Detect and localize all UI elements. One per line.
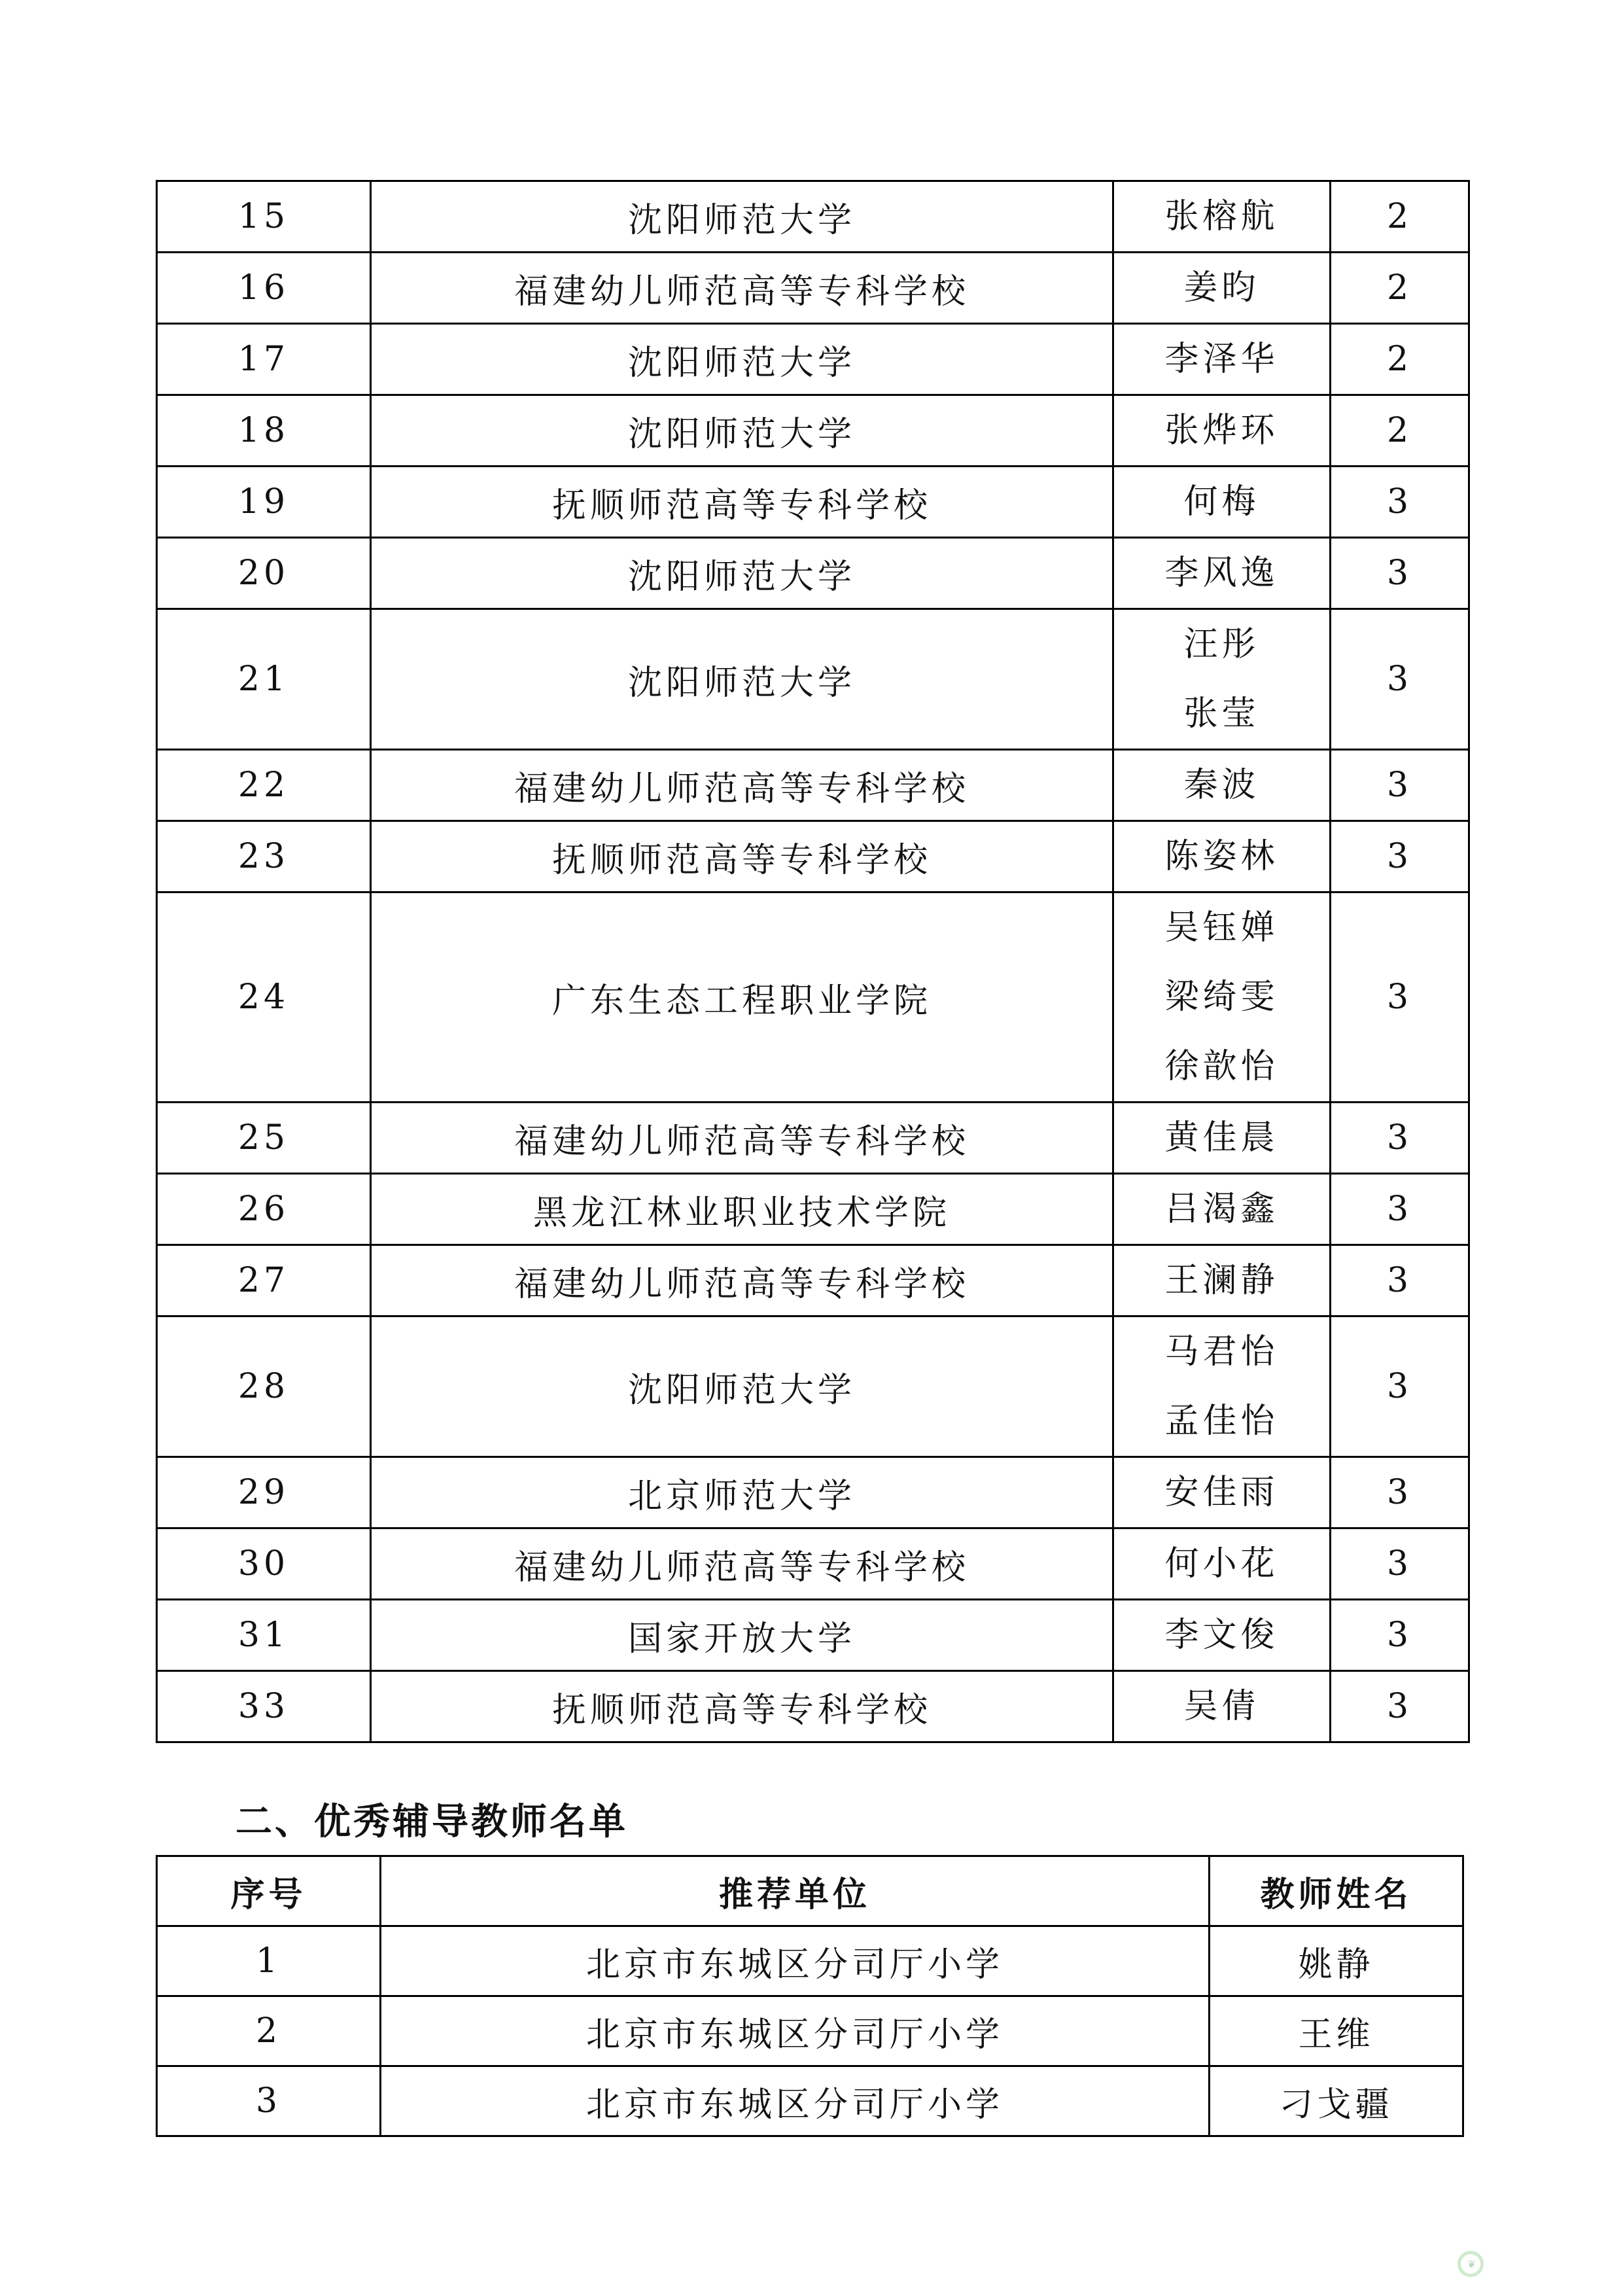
student-name: 梁绮雯 [1114,963,1329,1032]
student-names: 吕渴鑫 [1113,1174,1331,1245]
table-row: 30福建幼儿师范高等专科学校何小花3 [157,1528,1469,1600]
recommending-unit: 北京市东城区分司厅小学 [381,1996,1210,2066]
table-row: 17沈阳师范大学李泽华2 [157,324,1469,395]
recommending-unit: 福建幼儿师范高等专科学校 [371,1103,1113,1174]
grade: 3 [1331,1600,1469,1671]
grade: 3 [1331,892,1469,1103]
student-name: 李泽华 [1114,325,1329,394]
table-row: 23抚顺师范高等专科学校陈姿林3 [157,821,1469,892]
student-name: 吴倩 [1114,1672,1329,1741]
row-number: 1 [157,1926,381,1996]
row-number: 26 [157,1174,371,1245]
recommending-unit: 北京市东城区分司厅小学 [381,1926,1210,1996]
student-name: 黄佳晨 [1114,1103,1329,1173]
student-names: 张烨环 [1113,395,1331,467]
student-name: 张莹 [1114,679,1329,749]
grade: 3 [1331,821,1469,892]
table-row: 29北京师范大学安佳雨3 [157,1457,1469,1528]
grade: 3 [1331,1174,1469,1245]
student-name: 孟佳怡 [1114,1386,1329,1456]
student-name: 秦波 [1114,751,1329,820]
row-number: 25 [157,1103,371,1174]
table-row: 16福建幼儿师范高等专科学校姜昀2 [157,253,1469,324]
grade: 2 [1331,181,1469,253]
recommending-unit: 抚顺师范高等专科学校 [371,467,1113,538]
recommending-unit: 广东生态工程职业学院 [371,892,1113,1103]
row-number: 3 [157,2066,381,2136]
recommending-unit: 福建幼儿师范高等专科学校 [371,750,1113,821]
student-award-table: 15沈阳师范大学张榕航216福建幼儿师范高等专科学校姜昀217沈阳师范大学李泽华… [156,180,1470,1743]
student-name: 何梅 [1114,467,1329,537]
grade: 2 [1331,395,1469,467]
row-number: 18 [157,395,371,467]
student-names: 吴钰婵梁绮雯徐歆怡 [1113,892,1331,1103]
student-names: 黄佳晨 [1113,1103,1331,1174]
student-names: 王澜静 [1113,1245,1331,1316]
table-row: 24广东生态工程职业学院吴钰婵梁绮雯徐歆怡3 [157,892,1469,1103]
student-names: 何小花 [1113,1528,1331,1600]
table-row: 28沈阳师范大学马君怡孟佳怡3 [157,1316,1469,1457]
recommending-unit: 北京市东城区分司厅小学 [381,2066,1210,2136]
recommending-unit: 沈阳师范大学 [371,609,1113,750]
row-number: 20 [157,538,371,609]
recommending-unit: 沈阳师范大学 [371,324,1113,395]
recommending-unit: 黑龙江林业职业技术学院 [371,1174,1113,1245]
row-number: 31 [157,1600,371,1671]
grade: 3 [1331,1671,1469,1742]
recommending-unit: 抚顺师范高等专科学校 [371,821,1113,892]
student-names: 汪彤张莹 [1113,609,1331,750]
recommending-unit: 福建幼儿师范高等专科学校 [371,253,1113,324]
header-no: 序号 [157,1856,381,1926]
row-number: 33 [157,1671,371,1742]
grade: 3 [1331,538,1469,609]
table-row: 26黑龙江林业职业技术学院吕渴鑫3 [157,1174,1469,1245]
grade: 3 [1331,467,1469,538]
student-name: 李文俊 [1114,1600,1329,1670]
student-name: 徐歆怡 [1114,1032,1329,1101]
grade: 2 [1331,253,1469,324]
grade: 3 [1331,609,1469,750]
row-number: 24 [157,892,371,1103]
student-name: 张烨环 [1114,396,1329,465]
table-row: 2北京市东城区分司厅小学王维 [157,1996,1463,2066]
teacher-name: 姚静 [1210,1926,1463,1996]
header-teacher: 教师姓名 [1210,1856,1463,1926]
row-number: 16 [157,253,371,324]
row-number: 2 [157,1996,381,2066]
recommending-unit: 国家开放大学 [371,1600,1113,1671]
table-row: 33抚顺师范高等专科学校吴倩3 [157,1671,1469,1742]
row-number: 30 [157,1528,371,1600]
teacher-award-table: 序号 推荐单位 教师姓名 1北京市东城区分司厅小学姚静2北京市东城区分司厅小学王… [156,1855,1464,2137]
recommending-unit: 沈阳师范大学 [371,395,1113,467]
table-row: 1北京市东城区分司厅小学姚静 [157,1926,1463,1996]
table-row: 3北京市东城区分司厅小学刁戈疆 [157,2066,1463,2136]
row-number: 28 [157,1316,371,1457]
row-number: 15 [157,181,371,253]
recommending-unit: 北京师范大学 [371,1457,1113,1528]
student-name: 张榕航 [1114,182,1329,251]
table-row: 15沈阳师范大学张榕航2 [157,181,1469,253]
student-name: 安佳雨 [1114,1458,1329,1527]
student-name: 吕渴鑫 [1114,1174,1329,1244]
student-name: 姜昀 [1114,253,1329,323]
recommending-unit: 沈阳师范大学 [371,538,1113,609]
table-row: 31国家开放大学李文俊3 [157,1600,1469,1671]
teacher-name: 王维 [1210,1996,1463,2066]
table-row: 25福建幼儿师范高等专科学校黄佳晨3 [157,1103,1469,1174]
grade: 3 [1331,1103,1469,1174]
student-names: 吴倩 [1113,1671,1331,1742]
student-name: 王澜静 [1114,1246,1329,1315]
student-names: 姜昀 [1113,253,1331,324]
student-names: 张榕航 [1113,181,1331,253]
student-name: 陈姿林 [1114,822,1329,891]
recommending-unit: 福建幼儿师范高等专科学校 [371,1245,1113,1316]
grade: 3 [1331,1457,1469,1528]
row-number: 27 [157,1245,371,1316]
student-name: 吴钰婵 [1114,893,1329,963]
recommending-unit: 抚顺师范高等专科学校 [371,1671,1113,1742]
student-names: 李风逸 [1113,538,1331,609]
grade: 3 [1331,1316,1469,1457]
teacher-name: 刁戈疆 [1210,2066,1463,2136]
table-row: 22福建幼儿师范高等专科学校秦波3 [157,750,1469,821]
table-row: 27福建幼儿师范高等专科学校王澜静3 [157,1245,1469,1316]
table-row: 18沈阳师范大学张烨环2 [157,395,1469,467]
grade: 3 [1331,1528,1469,1600]
table-row: 20沈阳师范大学李风逸3 [157,538,1469,609]
header-unit: 推荐单位 [381,1856,1210,1926]
student-name: 李风逸 [1114,539,1329,608]
student-names: 秦波 [1113,750,1331,821]
grade: 3 [1331,1245,1469,1316]
row-number: 17 [157,324,371,395]
row-number: 29 [157,1457,371,1528]
table-row: 21沈阳师范大学汪彤张莹3 [157,609,1469,750]
student-name: 汪彤 [1114,610,1329,679]
student-names: 何梅 [1113,467,1331,538]
student-names: 陈姿林 [1113,821,1331,892]
grade: 2 [1331,324,1469,395]
table-header-row: 序号 推荐单位 教师姓名 [157,1856,1463,1926]
grade: 3 [1331,750,1469,821]
table-row: 19抚顺师范高等专科学校何梅3 [157,467,1469,538]
row-number: 23 [157,821,371,892]
student-names: 李文俊 [1113,1600,1331,1671]
recommending-unit: 福建幼儿师范高等专科学校 [371,1528,1113,1600]
section-title: 二、优秀辅导教师名单 [236,1793,628,1845]
student-name: 马君怡 [1114,1317,1329,1386]
row-number: 21 [157,609,371,750]
row-number: 22 [157,750,371,821]
student-names: 李泽华 [1113,324,1331,395]
recommending-unit: 沈阳师范大学 [371,181,1113,253]
student-name: 何小花 [1114,1529,1329,1598]
student-names: 安佳雨 [1113,1457,1331,1528]
leaf-stamp-icon: ❦ [1457,2251,1484,2277]
recommending-unit: 沈阳师范大学 [371,1316,1113,1457]
row-number: 19 [157,467,371,538]
student-names: 马君怡孟佳怡 [1113,1316,1331,1457]
